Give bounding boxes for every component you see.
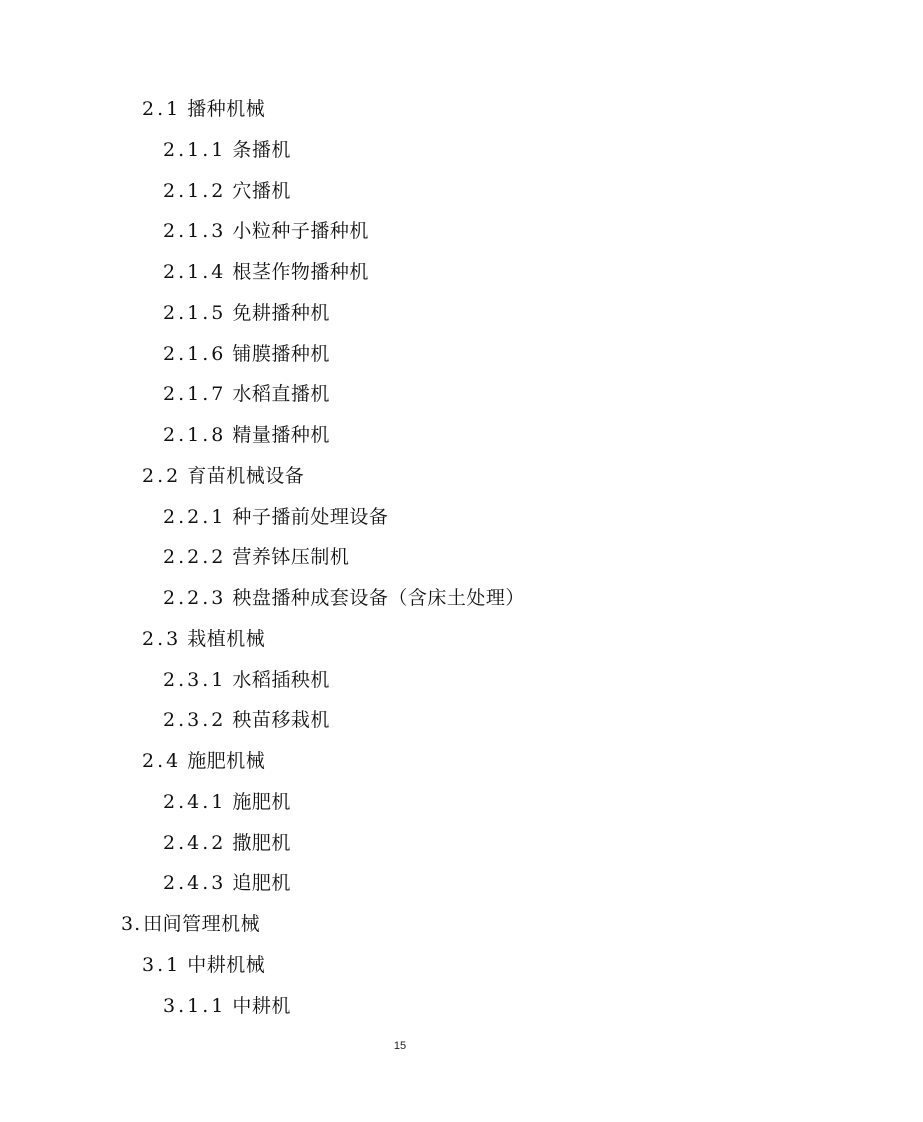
toc-entry-title: 育苗机械设备 xyxy=(187,465,304,487)
toc-entry: 2.4.3追肥机 xyxy=(163,871,291,895)
toc-entry: 2.2.2营养钵压制机 xyxy=(163,545,349,569)
toc-entry-number: 3.1.1 xyxy=(163,994,226,1018)
document-page: 2.1播种机械 2.1.1条播机 2.1.2穴播机 2.1.3小粒种子播种机 2… xyxy=(0,0,923,1122)
toc-entry-title: 免耕播种机 xyxy=(232,302,330,324)
toc-entry-number: 2.1.8 xyxy=(163,423,226,447)
toc-entry-number: 2.2.1 xyxy=(163,505,226,529)
toc-entry-title: 铺膜播种机 xyxy=(232,343,330,365)
toc-entry-title: 营养钵压制机 xyxy=(232,546,349,568)
page-number: 15 xyxy=(0,1040,800,1052)
toc-entry-number: 2.1 xyxy=(142,97,181,121)
toc-entry-number: 2.1.5 xyxy=(163,301,226,325)
toc-entry-number: 2.4.3 xyxy=(163,871,226,895)
toc-entry: 2.1.1条播机 xyxy=(163,138,291,162)
toc-entry-title: 施肥机械 xyxy=(187,750,265,772)
toc-entry-title: 田间管理机械 xyxy=(143,913,260,935)
toc-entry-number: 3.1 xyxy=(142,953,181,977)
toc-entry-title: 精量播种机 xyxy=(232,424,330,446)
toc-entry: 2.1.3小粒种子播种机 xyxy=(163,219,369,243)
toc-entry-title: 穴播机 xyxy=(232,180,291,202)
toc-entry-number: 2.2.3 xyxy=(163,586,226,610)
toc-entry-number: 2.1.6 xyxy=(163,342,226,366)
toc-entry: 2.3栽植机械 xyxy=(142,627,265,651)
toc-entry-title: 撒肥机 xyxy=(232,832,291,854)
toc-entry-title: 条播机 xyxy=(232,139,291,161)
toc-entry: 2.2.1种子播前处理设备 xyxy=(163,505,388,529)
toc-entry: 2.1播种机械 xyxy=(142,97,265,121)
toc-entry: 2.1.7水稻直播机 xyxy=(163,382,330,406)
toc-entry-title: 栽植机械 xyxy=(187,628,265,650)
toc-entry-title: 水稻直播机 xyxy=(232,383,330,405)
toc-entry-number: 2.1.2 xyxy=(163,179,226,203)
toc-entry: 2.2育苗机械设备 xyxy=(142,464,304,488)
toc-entry-title: 种子播前处理设备 xyxy=(232,506,388,528)
toc-entry-number: 2.4 xyxy=(142,749,181,773)
toc-entry-title: 播种机械 xyxy=(187,98,265,120)
toc-entry: 2.3.1水稻插秧机 xyxy=(163,668,330,692)
toc-entry: 2.3.2秧苗移栽机 xyxy=(163,708,330,732)
toc-entry-title: 中耕机 xyxy=(232,995,291,1017)
toc-entry: 2.2.3秧盘播种成套设备（含床土处理） xyxy=(163,586,525,610)
toc-entry: 2.4施肥机械 xyxy=(142,749,265,773)
toc-entry-number: 3. xyxy=(121,912,141,936)
toc-entry-number: 2.1.7 xyxy=(163,382,226,406)
toc-entry-title: 施肥机 xyxy=(232,791,291,813)
toc-entry-number: 2.4.1 xyxy=(163,790,226,814)
toc-entry-number: 2.2 xyxy=(142,464,181,488)
toc-entry-title: 秧盘播种成套设备（含床土处理） xyxy=(232,587,525,609)
toc-entry: 3.田间管理机械 xyxy=(121,912,260,936)
toc-entry: 3.1中耕机械 xyxy=(142,953,265,977)
toc-entry-number: 2.3.1 xyxy=(163,668,226,692)
toc-entry-number: 2.3.2 xyxy=(163,708,226,732)
toc-entry-number: 2.4.2 xyxy=(163,831,226,855)
toc-entry: 2.1.2穴播机 xyxy=(163,179,291,203)
toc-entry-number: 2.2.2 xyxy=(163,545,226,569)
toc-entry-number: 2.1.4 xyxy=(163,260,226,284)
toc-entry-title: 小粒种子播种机 xyxy=(232,220,369,242)
toc-entry-title: 秧苗移栽机 xyxy=(232,709,330,731)
toc-entry-title: 根茎作物播种机 xyxy=(232,261,369,283)
toc-entry-title: 追肥机 xyxy=(232,872,291,894)
toc-entry-number: 2.1.3 xyxy=(163,219,226,243)
toc-entry: 3.1.1中耕机 xyxy=(163,994,291,1018)
toc-entry-number: 2.1.1 xyxy=(163,138,226,162)
toc-entry: 2.4.1施肥机 xyxy=(163,790,291,814)
toc-entry: 2.1.6铺膜播种机 xyxy=(163,342,330,366)
toc-entry: 2.1.4根茎作物播种机 xyxy=(163,260,369,284)
toc-entry-title: 水稻插秧机 xyxy=(232,669,330,691)
toc-entry-number: 2.3 xyxy=(142,627,181,651)
toc-entry: 2.1.5免耕播种机 xyxy=(163,301,330,325)
toc-entry: 2.4.2撒肥机 xyxy=(163,831,291,855)
toc-entry-title: 中耕机械 xyxy=(187,954,265,976)
toc-entry: 2.1.8精量播种机 xyxy=(163,423,330,447)
